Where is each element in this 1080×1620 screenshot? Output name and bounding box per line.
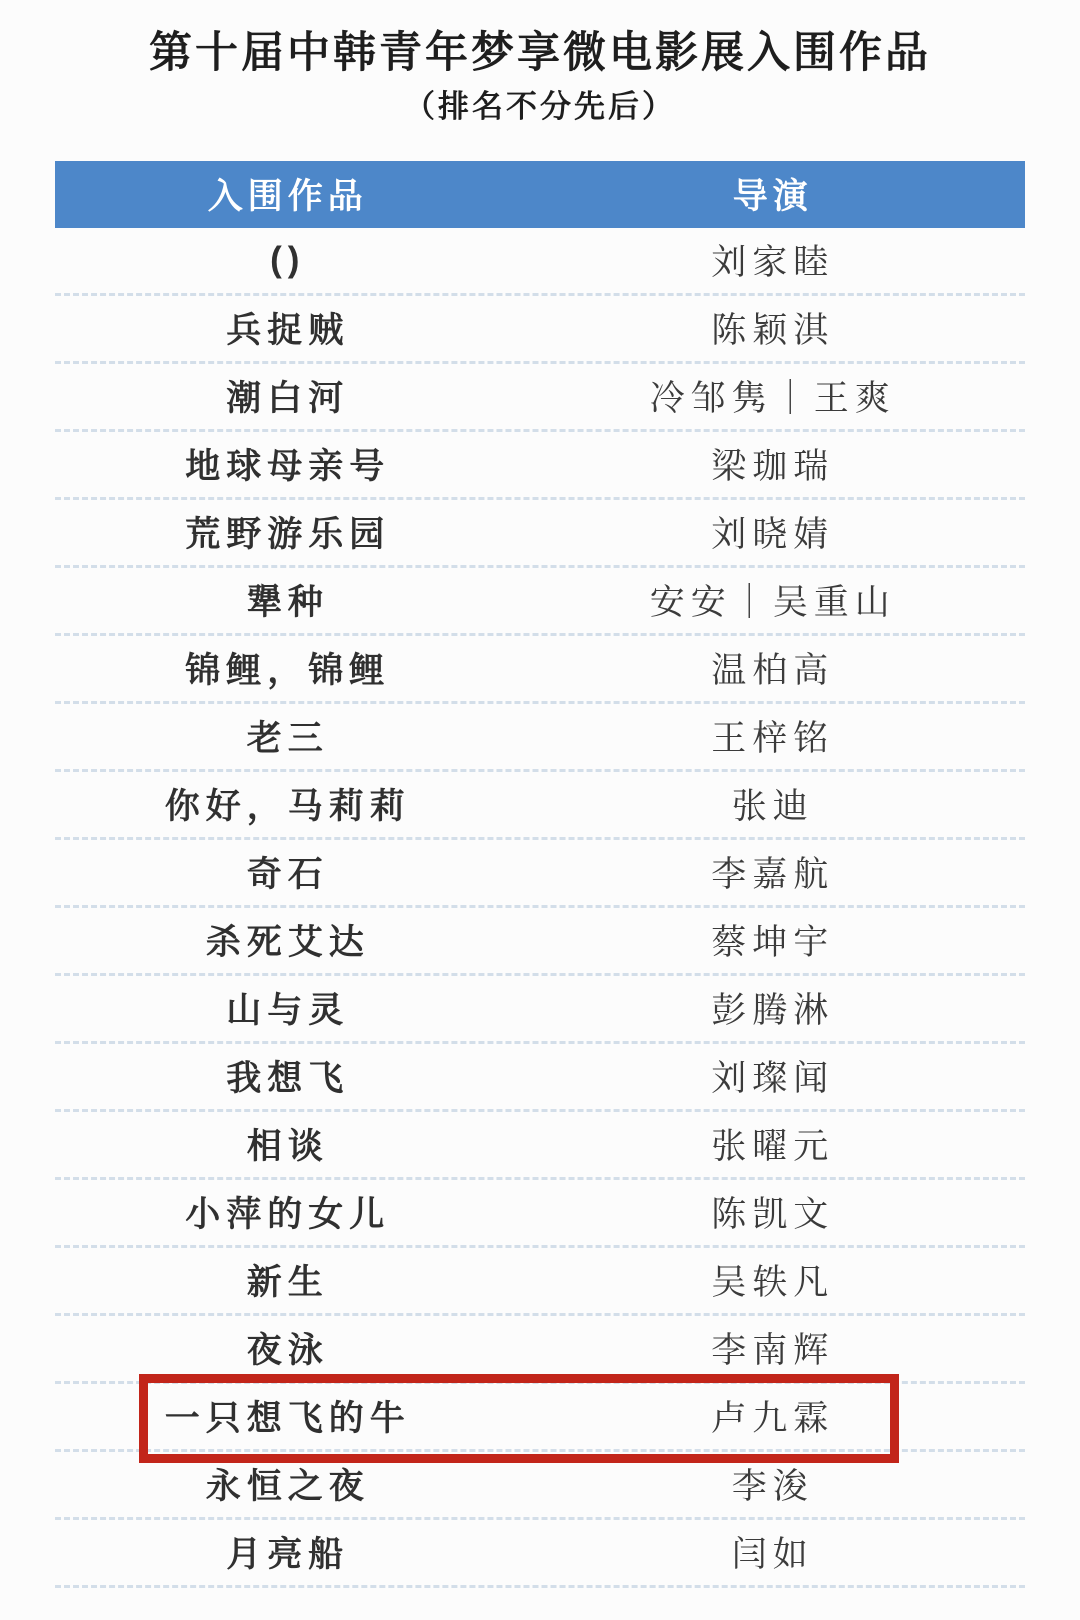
director-name: 李南辉 xyxy=(521,1323,1025,1373)
table-body: () 刘家睦 兵捉贼 陈颖淇 潮白河 冷邹隽｜王爽 地球母亲号 梁珈瑞 荒野游乐… xyxy=(55,228,1025,1588)
table-row: 你好，马莉莉 张迪 xyxy=(55,772,1025,840)
film-festival-shortlist-page: 第十届中韩青年梦享微电影展入围作品 （排名不分先后） 入围作品 导演 () 刘家… xyxy=(0,0,1080,1620)
column-header-director: 导演 xyxy=(521,169,1025,219)
director-name: 陈颖淇 xyxy=(521,303,1025,353)
work-title: 兵捉贼 xyxy=(55,303,521,353)
work-title: 杀死艾达 xyxy=(55,915,521,965)
work-title: 你好，马莉莉 xyxy=(55,779,521,829)
director-name: 陈凯文 xyxy=(521,1187,1025,1237)
table-row: 奇石 李嘉航 xyxy=(55,840,1025,908)
director-name: 卢九霖 xyxy=(521,1391,1025,1441)
director-name: 刘璨闻 xyxy=(521,1051,1025,1101)
table-row: 兵捉贼 陈颖淇 xyxy=(55,296,1025,364)
director-name: 温柏高 xyxy=(521,643,1025,693)
work-title: 奇石 xyxy=(55,847,521,897)
work-title: 永恒之夜 xyxy=(55,1459,521,1509)
director-name: 李嘉航 xyxy=(521,847,1025,897)
work-title: 一只想飞的牛 xyxy=(55,1391,521,1441)
table-row: 夜泳 李南辉 xyxy=(55,1316,1025,1384)
table-header-row: 入围作品 导演 xyxy=(55,161,1025,228)
work-title: 老三 xyxy=(55,711,521,761)
work-title: 荒野游乐园 xyxy=(55,507,521,557)
work-title: 犟种 xyxy=(55,575,521,625)
director-name: 张曜元 xyxy=(521,1119,1025,1169)
work-title: 潮白河 xyxy=(55,371,521,421)
work-title: 地球母亲号 xyxy=(55,439,521,489)
page-title: 第十届中韩青年梦享微电影展入围作品 xyxy=(0,0,1080,80)
table-row: 新生 吴轶凡 xyxy=(55,1248,1025,1316)
table-row: 相谈 张曜元 xyxy=(55,1112,1025,1180)
page-subtitle: （排名不分先后） xyxy=(0,88,1080,125)
director-name: 王梓铭 xyxy=(521,711,1025,761)
table-row: 锦鲤，锦鲤 温柏高 xyxy=(55,636,1025,704)
director-name: 彭腾淋 xyxy=(521,983,1025,1033)
table-row: 荒野游乐园 刘晓婧 xyxy=(55,500,1025,568)
work-title: 月亮船 xyxy=(55,1527,521,1577)
table-row: 杀死艾达 蔡坤宇 xyxy=(55,908,1025,976)
table-row: 小萍的女儿 陈凯文 xyxy=(55,1180,1025,1248)
director-name: 吴轶凡 xyxy=(521,1255,1025,1305)
table-row: 永恒之夜 李浚 xyxy=(55,1452,1025,1520)
table-row: () 刘家睦 xyxy=(55,228,1025,296)
director-name: 蔡坤宇 xyxy=(521,915,1025,965)
table-row: 老三 王梓铭 xyxy=(55,704,1025,772)
table-row: 潮白河 冷邹隽｜王爽 xyxy=(55,364,1025,432)
work-title: 锦鲤，锦鲤 xyxy=(55,643,521,693)
column-header-work: 入围作品 xyxy=(55,169,521,219)
work-title: 小萍的女儿 xyxy=(55,1187,521,1237)
table-row: 一只想飞的牛 卢九霖 xyxy=(55,1384,1025,1452)
director-name: 张迪 xyxy=(521,779,1025,829)
director-name: 刘家睦 xyxy=(521,235,1025,285)
work-title: 我想飞 xyxy=(55,1051,521,1101)
work-title: () xyxy=(55,240,521,280)
work-title: 新生 xyxy=(55,1255,521,1305)
work-title: 相谈 xyxy=(55,1119,521,1169)
table-row: 月亮船 闫如 xyxy=(55,1520,1025,1588)
work-title: 夜泳 xyxy=(55,1323,521,1373)
director-name: 安安｜吴重山 xyxy=(521,575,1025,625)
director-name: 梁珈瑞 xyxy=(521,439,1025,489)
table-row: 地球母亲号 梁珈瑞 xyxy=(55,432,1025,500)
director-name: 李浚 xyxy=(521,1459,1025,1509)
director-name: 冷邹隽｜王爽 xyxy=(521,371,1025,421)
table-row: 山与灵 彭腾淋 xyxy=(55,976,1025,1044)
work-title: 山与灵 xyxy=(55,983,521,1033)
shortlist-table: 入围作品 导演 () 刘家睦 兵捉贼 陈颖淇 潮白河 冷邹隽｜王爽 地球母亲号 … xyxy=(55,161,1025,1588)
table-row: 我想飞 刘璨闻 xyxy=(55,1044,1025,1112)
director-name: 闫如 xyxy=(521,1527,1025,1577)
table-row: 犟种 安安｜吴重山 xyxy=(55,568,1025,636)
director-name: 刘晓婧 xyxy=(521,507,1025,557)
